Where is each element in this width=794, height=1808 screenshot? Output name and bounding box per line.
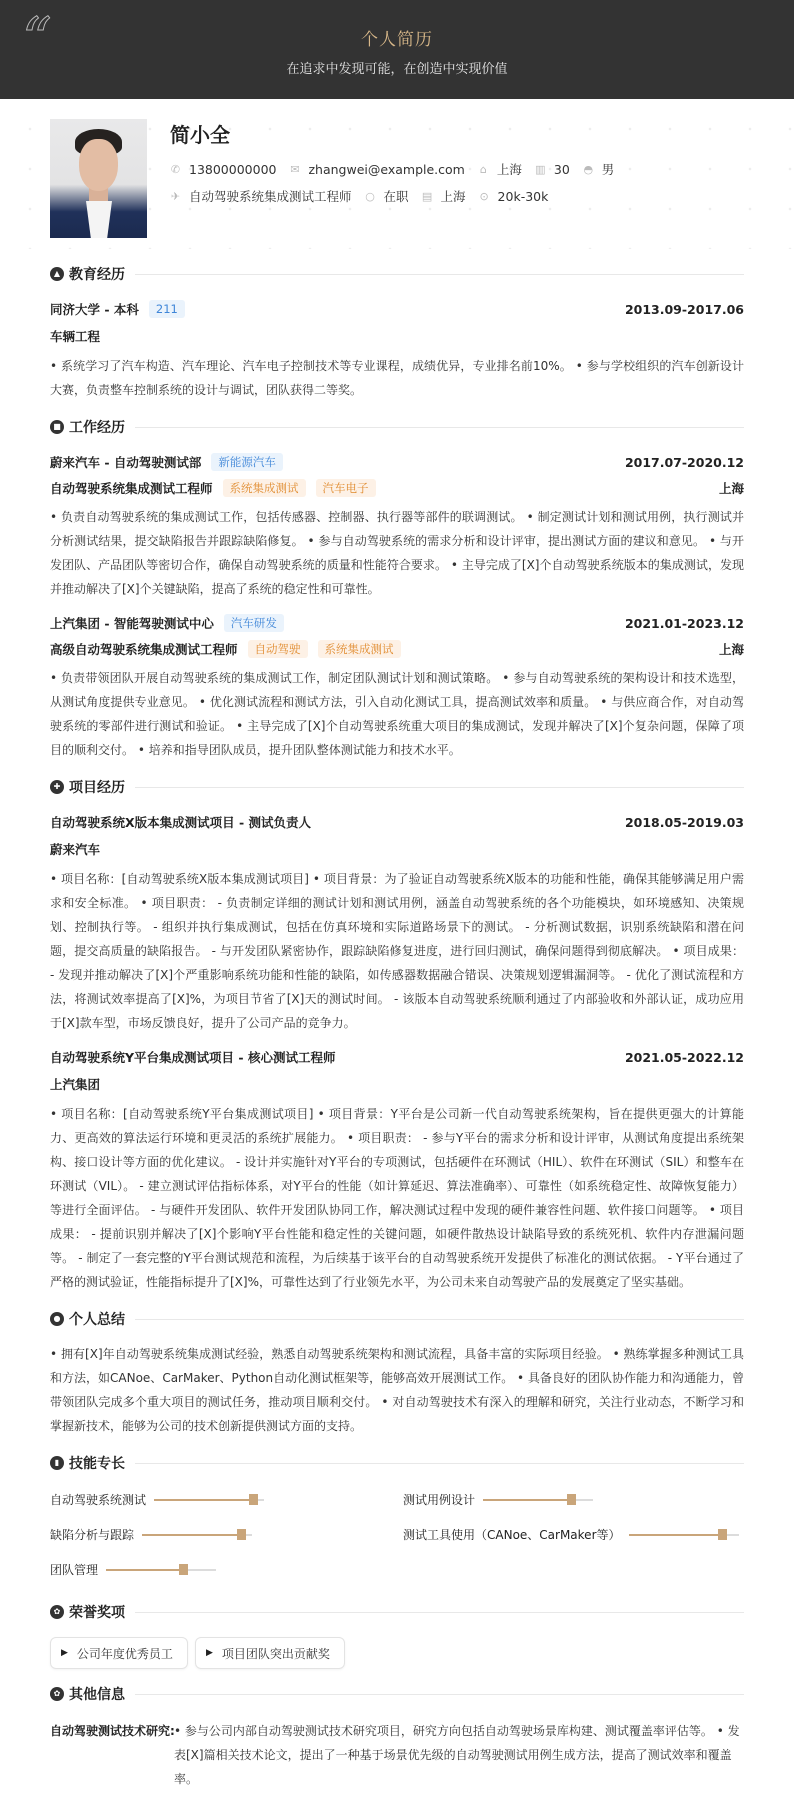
section-title: 工作经历 [69, 417, 125, 437]
location: 上海 [497, 160, 522, 178]
email: zhangwei@example.com [308, 162, 464, 177]
avatar [50, 119, 147, 238]
project-company: 蔚来汽车 [50, 837, 744, 863]
section-summary: ● 个人总结 • 拥有[X]年自动驾驶系统集成测试经验，熟悉自动驾驶系统架构和测… [50, 1306, 744, 1438]
date: 2013.09-2017.06 [625, 302, 744, 317]
description: • 项目名称：[自动驾驶系统Y平台集成测试项目] • 项目背景：Y平台是公司新一… [50, 1102, 744, 1294]
major: 车辆工程 [50, 324, 744, 350]
job-status: 在职 [384, 187, 409, 205]
age-icon: ▥ [535, 164, 546, 175]
skill-knob [567, 1494, 576, 1505]
skill-bar [629, 1534, 739, 1536]
quote-icon: “ [22, 10, 48, 68]
date: 2017.07-2020.12 [625, 455, 744, 470]
section-title: 其他信息 [69, 1684, 125, 1704]
skill-name: 缺陷分析与跟踪 [50, 1526, 134, 1543]
skill-knob [237, 1529, 246, 1540]
industry-tag: 汽车研发 [224, 614, 284, 632]
education-entry: 同济大学 - 本科211 2013.09-2017.06 车辆工程 • 系统学习… [50, 296, 744, 402]
skill-item: 自动驾驶系统测试 [50, 1482, 403, 1517]
skill-tag: 系统集成测试 [318, 640, 401, 658]
date: 2021.05-2022.12 [625, 1050, 744, 1065]
skill-bar [154, 1499, 264, 1501]
skills-list: 自动驾驶系统测试测试用例设计缺陷分析与跟踪测试工具使用（CANoe、CarMak… [50, 1482, 744, 1587]
section-projects: ✚ 项目经历 自动驾驶系统X版本集成测试项目 - 测试负责人 2018.05-2… [50, 774, 744, 1294]
project-name: 自动驾驶系统X版本集成测试项目 - 测试负责人 [50, 813, 311, 831]
skill-knob [718, 1529, 727, 1540]
phone: 13800000000 [189, 162, 276, 177]
status-icon: ○ [365, 191, 376, 202]
gender: 男 [602, 160, 615, 178]
project-entry: 自动驾驶系统Y平台集成测试项目 - 核心测试工程师 2021.05-2022.1… [50, 1044, 744, 1294]
skill-knob [249, 1494, 258, 1505]
school-tag: 211 [149, 300, 185, 318]
work-entry: 蔚来汽车 - 自动驾驶测试部新能源汽车 2017.07-2020.12 自动驾驶… [50, 449, 744, 601]
skill-tag: 系统集成测试 [223, 479, 306, 497]
skill-name: 测试用例设计 [403, 1491, 475, 1508]
section-skills: ▮ 技能专长 自动驾驶系统测试测试用例设计缺陷分析与跟踪测试工具使用（CANoe… [50, 1450, 744, 1587]
project-name: 自动驾驶系统Y平台集成测试项目 - 核心测试工程师 [50, 1048, 335, 1066]
company: 蔚来汽车 - 自动驾驶测试部 [50, 453, 201, 471]
skill-name: 测试工具使用（CANoe、CarMaker等） [403, 1526, 621, 1543]
job-title: 自动驾驶系统集成测试工程师 [50, 479, 213, 497]
profile-card: 简小全 ✆13800000000 ✉zhangwei@example.com ⌂… [0, 99, 794, 249]
triangle-icon: ▶ [206, 1648, 213, 1658]
section-title: 个人总结 [69, 1309, 125, 1329]
skill-tag: 汽车电子 [316, 479, 376, 497]
resume-subtitle: 在追求中发现可能，在创造中实现价值 [0, 58, 794, 77]
section-title: 项目经历 [69, 777, 125, 797]
graduation-cap-icon: ▲ [50, 267, 64, 281]
info-icon: ✿ [50, 1687, 64, 1701]
skill-bar [106, 1569, 216, 1571]
skill-knob [179, 1564, 188, 1575]
mail-icon: ✉ [289, 164, 300, 175]
skill-bar [142, 1534, 252, 1536]
section-title: 技能专长 [69, 1453, 125, 1473]
city: 上海 [719, 479, 744, 497]
industry-tag: 新能源汽车 [211, 453, 283, 471]
description: • 负责自动驾驶系统的集成测试工作，包括传感器、控制器、执行器等部件的联调测试。… [50, 505, 744, 601]
project-entry: 自动驾驶系统X版本集成测试项目 - 测试负责人 2018.05-2019.03 … [50, 809, 744, 1035]
salary-icon: ⊙ [479, 191, 490, 202]
profile-name: 简小全 [170, 119, 627, 151]
skill-item: 测试工具使用（CANoe、CarMaker等） [403, 1517, 744, 1552]
position-icon: ✈ [170, 191, 181, 202]
skill-tag: 自动驾驶 [248, 640, 308, 658]
work-entry: 上汽集团 - 智能驾驶测试中心汽车研发 2021.01-2023.12 高级自动… [50, 610, 744, 762]
skill-item: 团队管理 [50, 1552, 403, 1587]
skill-item: 缺陷分析与跟踪 [50, 1517, 403, 1552]
skill-name: 团队管理 [50, 1561, 98, 1578]
grid-icon: ✚ [50, 780, 64, 794]
bar-chart-icon: ▮ [50, 1456, 64, 1470]
summary-text: • 拥有[X]年自动驾驶系统集成测试经验，熟悉自动驾驶系统架构和测试流程，具备丰… [50, 1342, 744, 1438]
description: • 负责带领团队开展自动驾驶系统的集成测试工作，制定团队测试计划和测试策略。 •… [50, 666, 744, 762]
other-label: 自动驾驶测试技术研究: [50, 1719, 174, 1791]
skill-name: 自动驾驶系统测试 [50, 1491, 146, 1508]
date: 2018.05-2019.03 [625, 815, 744, 830]
job-title: 高级自动驾驶系统集成测试工程师 [50, 640, 238, 658]
salary: 20k-30k [498, 189, 549, 204]
skill-item: 测试用例设计 [403, 1482, 744, 1517]
target-city: 上海 [441, 187, 466, 205]
gender-icon: ◓ [583, 164, 594, 175]
school: 同济大学 - 本科 [50, 300, 139, 318]
city: 上海 [719, 640, 744, 658]
section-title: 教育经历 [69, 264, 125, 284]
section-education: ▲ 教育经历 同济大学 - 本科211 2013.09-2017.06 车辆工程… [50, 261, 744, 402]
age: 30 [554, 162, 570, 177]
job-intent-row: ✈自动驾驶系统集成测试工程师 ○在职 ▤上海 ⊙20k-30k [170, 187, 627, 205]
section-title: 荣誉奖项 [69, 1602, 125, 1622]
project-company: 上汽集团 [50, 1072, 744, 1098]
briefcase-icon: ■ [50, 420, 64, 434]
award-icon: ✿ [50, 1605, 64, 1619]
section-other: ✿ 其他信息 自动驾驶测试技术研究: • 参与公司内部自动驾驶测试技术研究项目，… [50, 1681, 744, 1791]
date: 2021.01-2023.12 [625, 616, 744, 631]
award-item: ▶公司年度优秀员工 [50, 1637, 188, 1669]
user-icon: ● [50, 1312, 64, 1326]
triangle-icon: ▶ [61, 1648, 68, 1658]
description: • 项目名称：[自动驾驶系统X版本集成测试项目] • 项目背景：为了验证自动驾驶… [50, 867, 744, 1035]
other-text: • 参与公司内部自动驾驶测试技术研究项目，研究方向包括自动驾驶场景库构建、测试覆… [174, 1719, 744, 1791]
resume-title: 个人简历 [0, 0, 794, 50]
company: 上汽集团 - 智能驾驶测试中心 [50, 614, 214, 632]
other-item: 自动驾驶测试技术研究: • 参与公司内部自动驾驶测试技术研究项目，研究方向包括自… [50, 1719, 744, 1791]
description: • 系统学习了汽车构造、汽车理论、汽车电子控制技术等专业课程，成绩优异，专业排名… [50, 354, 744, 402]
home-icon: ⌂ [478, 164, 489, 175]
building-icon: ▤ [422, 191, 433, 202]
contact-row: ✆13800000000 ✉zhangwei@example.com ⌂上海 ▥… [170, 160, 627, 178]
phone-icon: ✆ [170, 164, 181, 175]
section-work: ■ 工作经历 蔚来汽车 - 自动驾驶测试部新能源汽车 2017.07-2020.… [50, 414, 744, 762]
skill-bar [483, 1499, 593, 1501]
position: 自动驾驶系统集成测试工程师 [189, 187, 352, 205]
section-awards: ✿ 荣誉奖项 ▶公司年度优秀员工 ▶项目团队突出贡献奖 [50, 1599, 744, 1669]
award-item: ▶项目团队突出贡献奖 [195, 1637, 345, 1669]
resume-header: “ 个人简历 在追求中发现可能，在创造中实现价值 [0, 0, 794, 99]
